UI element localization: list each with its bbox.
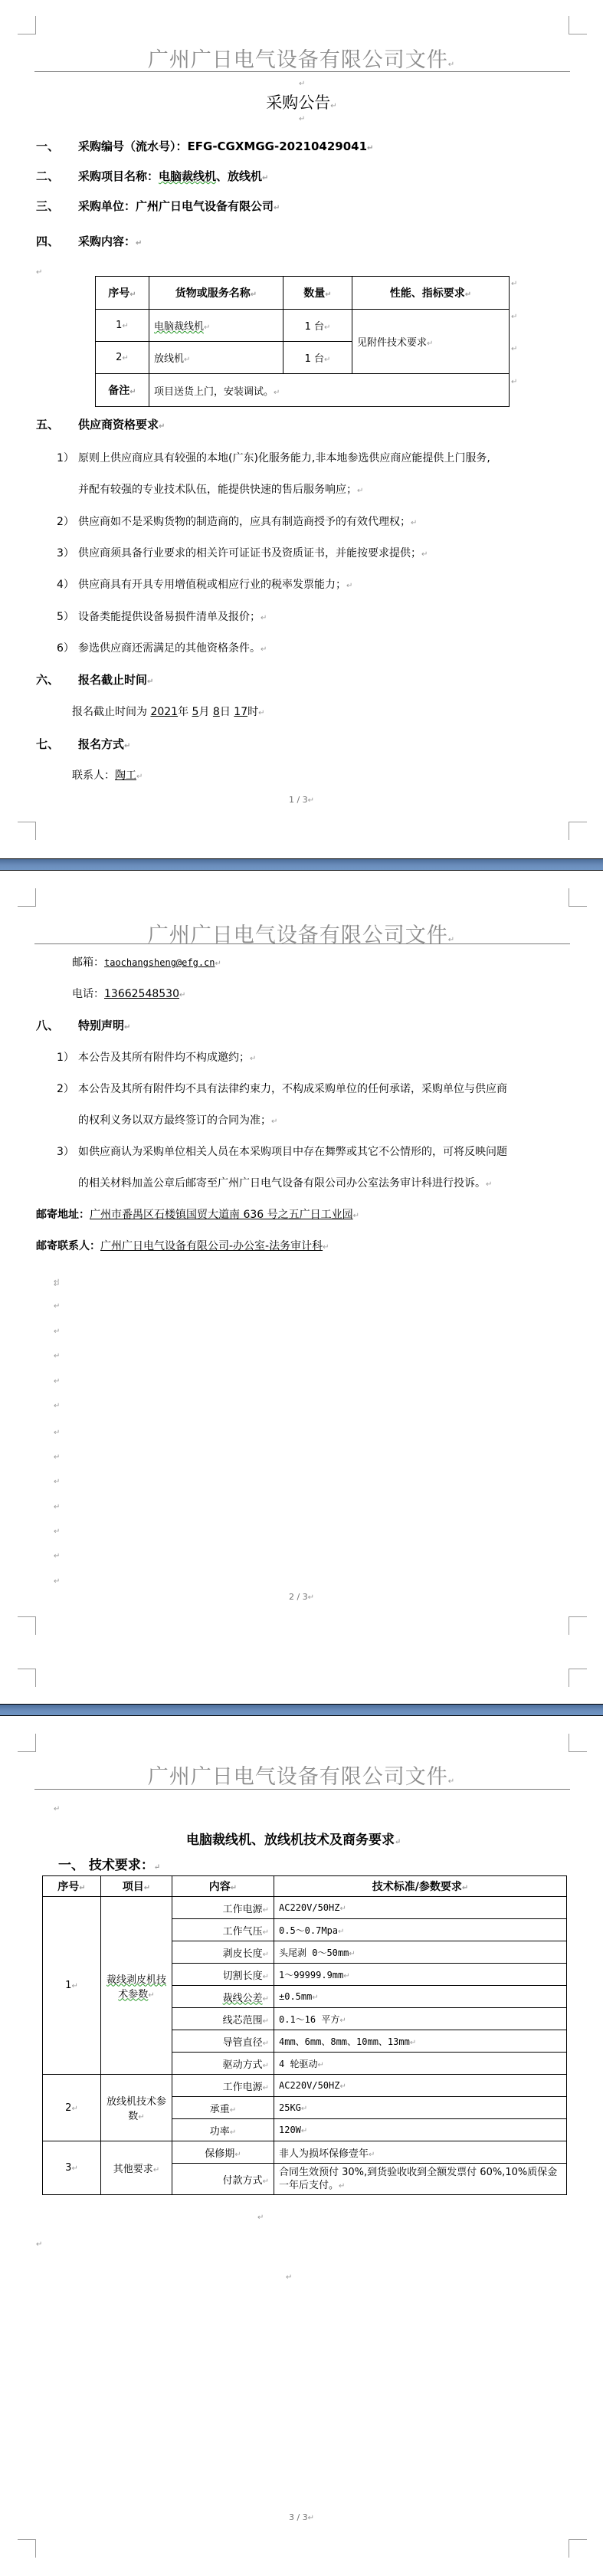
cell-no: 1↵ — [96, 310, 149, 342]
header-cell: 货物或服务名称↵ — [149, 277, 283, 310]
corner-mark-top-right — [569, 888, 587, 907]
corner-mark-top-left — [18, 888, 36, 907]
spec-value: 0.1～16 平方↵ — [274, 2008, 567, 2030]
deadline-hour: 17 — [234, 706, 247, 718]
cell-qty: 1 台↵ — [283, 342, 352, 374]
row-end-mark: ↵ — [511, 345, 517, 353]
list-item-continuation: 的相关材料加盖公章后邮寄至广州广日电气设备有限公司办公室法务审计科进行投诉。↵ — [78, 1175, 492, 1190]
group-no: 2↵ — [43, 2075, 101, 2141]
header-title: 广州广日电气设备有限公司文件↵ — [0, 43, 603, 73]
table-header-row: 序号↵ 项目↵ 内容↵ 技术标准/参数要求↵ — [43, 1876, 567, 1897]
list-number: 6） — [57, 640, 74, 655]
paragraph-mark: ↵ — [54, 1528, 60, 1536]
spec-value: 25KG↵ — [274, 2097, 567, 2119]
table-row: 1↵ 裁线剥皮机技术参数↵ 工作电源↵ AC220V/50HZ↵ — [43, 1897, 567, 1919]
remark-label: 备注↵ — [96, 374, 149, 407]
page-number: 1 / 3↵ — [0, 795, 603, 805]
list-number: 4） — [57, 576, 74, 592]
corner-mark-bottom-right — [569, 1669, 587, 1687]
page-number: 3 / 3↵ — [0, 2512, 603, 2522]
section-number: 七、 — [36, 736, 59, 752]
paragraph-mark: ↵ — [54, 1327, 60, 1336]
spec-content: 导管直径↵ — [172, 2030, 274, 2053]
header-cell: 内容↵ — [172, 1876, 274, 1897]
header-cell: 序号↵ — [96, 277, 149, 310]
procurement-id: 采购编号（流水号）：EFG-CGXMGG-20210429041↵ — [78, 138, 373, 154]
section-number: 六、 — [36, 671, 59, 687]
spec-doc-title: 电脑裁线机、放线机技术及商务要求↵ — [186, 1829, 401, 1848]
paragraph-mark: ↵ — [54, 1278, 60, 1286]
corner-mark-bottom-left — [18, 1616, 36, 1635]
section-number: 五、 — [36, 416, 59, 432]
paragraph-mark: ↵ — [54, 1805, 60, 1813]
list-item: 本公告及其所有附件均不构成邀约；↵ — [78, 1049, 256, 1065]
section-title: 特别声明↵ — [78, 1017, 130, 1033]
header-cell: 技术标准/参数要求↵ — [274, 1876, 567, 1897]
corner-mark-top-left — [18, 1734, 36, 1752]
page-separator — [0, 858, 603, 871]
list-number: 3） — [57, 1144, 74, 1159]
section-number: 四、 — [36, 233, 59, 249]
spec-content: 工作电源↵ — [172, 2075, 274, 2097]
spec-value: AC220V/50HZ↵ — [274, 2075, 567, 2097]
table-row: 2↵ 放线机技术参数↵ 工作电源↵ AC220V/50HZ↵ — [43, 2075, 567, 2097]
section-number: 三、 — [36, 198, 59, 214]
list-number: 3） — [57, 545, 74, 560]
paragraph-mark: ↵ — [54, 1552, 60, 1560]
list-item: 如供应商认为采购单位相关人员在本采购项目中存在舞弊或其它不公情形的，可将反映问题 — [78, 1144, 507, 1159]
paragraph-mark: ↵ — [54, 1377, 60, 1386]
paragraph-mark: ↵ — [36, 2240, 42, 2249]
list-item: 原则上供应商应具有较强的本地(广东)化服务能力,非本地参选供应商应能提供上门服务… — [78, 450, 490, 465]
spec-content: 线芯范围↵ — [172, 2008, 274, 2030]
header-cell: 项目↵ — [101, 1876, 172, 1897]
paragraph-mark: ↵ — [299, 80, 305, 88]
spec-value: 0.5～0.7Mpa↵ — [274, 1919, 567, 1941]
list-number: 2） — [57, 1081, 74, 1096]
corner-mark-bottom-left — [18, 2539, 36, 2558]
paragraph-mark: ↵ — [54, 1429, 60, 1437]
group-item: 其他要求↵ — [101, 2141, 172, 2195]
row-end-mark: ↵ — [511, 378, 517, 386]
list-number: 2） — [57, 514, 74, 529]
group-no: 1↵ — [43, 1897, 101, 2075]
email-link[interactable]: taochangsheng@efg.cn — [104, 957, 215, 968]
spec-value: 120W↵ — [274, 2119, 567, 2141]
spec-content: 功率↵ — [172, 2119, 274, 2141]
section-title: 报名截止时间↵ — [78, 671, 153, 687]
cell-name: 电脑裁线机↵ — [149, 310, 283, 342]
header-cell: 性能、指标要求↵ — [352, 277, 510, 310]
list-item: 供应商具有开具专用增值税或相应行业的税率发票能力；↵ — [78, 576, 352, 592]
procuring-entity: 采购单位：广州广日电气设备有限公司↵ — [78, 198, 280, 214]
header-divider — [34, 943, 570, 944]
table-row: 1↵ 电脑裁线机↵ 1 台↵ 见附件技术要求↵ — [96, 310, 510, 342]
paragraph-mark: ↵ — [54, 1453, 60, 1462]
list-number: 5） — [57, 609, 74, 624]
corner-mark-bottom-right — [569, 1616, 587, 1635]
list-item: 参选供应商还需满足的其他资格条件。↵ — [78, 640, 267, 655]
table-row: 3↵ 其他要求↵ 保修期↵ 非人为损坏保修壹年↵ — [43, 2141, 567, 2164]
paragraph-mark: ↵ — [54, 1402, 60, 1410]
deadline-year: 2021 — [150, 706, 178, 718]
spec-value: 4 轮驱动↵ — [274, 2053, 567, 2075]
row-end-mark: ↵ — [511, 280, 517, 288]
spec-content: 工作电源↵ — [172, 1897, 274, 1919]
group-item: 放线机技术参数↵ — [101, 2075, 172, 2141]
paragraph-mark: ↵ — [286, 2273, 292, 2282]
section-number: 八、 — [36, 1017, 59, 1033]
page-separator — [0, 1704, 603, 1716]
list-item: 本公告及其所有附件均不具有法律约束力，不构成采购单位的任何承诺，采购单位与供应商 — [78, 1081, 507, 1096]
remark-value: 项目送货上门，安装调试。↵ — [149, 374, 510, 407]
spec-value: 1～99999.9mm↵ — [274, 1964, 567, 1986]
section-title: 供应商资格要求↵ — [78, 416, 165, 432]
list-item: 设备类能提供设备易损件清单及报价；↵ — [78, 609, 267, 624]
contact-person: 联系人：陶工↵ — [72, 767, 143, 783]
corner-mark-bottom-right — [569, 822, 587, 840]
paragraph-mark: ↵ — [257, 2213, 264, 2222]
deadline-day: 8 — [213, 706, 220, 718]
corner-mark-top-right — [569, 1734, 587, 1752]
list-number: 1） — [57, 450, 74, 465]
section-heading: 一、 技术要求：↵ — [58, 1854, 160, 1873]
cell-no: 2↵ — [96, 342, 149, 374]
corner-mark-top-right — [569, 16, 587, 34]
corner-mark-bottom-left — [18, 1669, 36, 1687]
spec-content: 切割长度↵ — [172, 1964, 274, 1986]
section-number: 二、 — [36, 168, 59, 184]
page-number: 2 / 3↵ — [0, 1592, 603, 1602]
spec-content: 剥皮长度↵ — [172, 1941, 274, 1964]
cell-name: 放线机↵ — [149, 342, 283, 374]
spec-value: 头尾剥 0～50mm↵ — [274, 1941, 567, 1964]
list-number: 1） — [57, 1049, 74, 1065]
paragraph-mark: ↵ — [54, 1503, 60, 1511]
mail-address: 邮寄地址：广州市番禺区石楼镇国贸大道南 636 号之五广日工业园↵ — [36, 1206, 359, 1222]
corner-mark-bottom-right — [569, 2539, 587, 2558]
paragraph-mark: ↵ — [54, 1478, 60, 1486]
section-number: 一、 — [36, 138, 59, 154]
spec-table: 序号↵ 项目↵ 内容↵ 技术标准/参数要求↵ 1↵ 裁线剥皮机技术参数↵ 工作电… — [42, 1875, 567, 2195]
spec-content: 工作气压↵ — [172, 1919, 274, 1941]
group-item: 裁线剥皮机技术参数↵ — [101, 1897, 172, 2075]
list-item-continuation: 的权利义务以双方最终签订的合同为准；↵ — [78, 1112, 277, 1127]
paragraph-mark: ↵ — [54, 1577, 60, 1586]
table-header-row: 序号↵ 货物或服务名称↵ 数量↵ 性能、指标要求↵ — [96, 277, 510, 310]
table-remark-row: 备注↵ 项目送货上门，安装调试。↵ — [96, 374, 510, 407]
spec-value: 4mm、6mm、8mm、10mm、13mm↵ — [274, 2030, 567, 2053]
spec-content: 付款方式↵ — [172, 2164, 274, 2195]
deadline-text: 报名截止时间为 2021年 5月 8日 17时↵ — [72, 704, 265, 719]
email-line: 邮箱：taochangsheng@efg.cn↵ — [72, 954, 221, 970]
list-item: 供应商须具备行业要求的相关许可证证书及资质证书，并能按要求提供；↵ — [78, 545, 428, 560]
paragraph-mark: ↵ — [54, 1352, 60, 1360]
phone-line: 电话：13662548530↵ — [72, 986, 185, 1001]
group-no: 3↵ — [43, 2141, 101, 2195]
spec-value: AC220V/50HZ↵ — [274, 1897, 567, 1919]
header-cell: 序号↵ — [43, 1876, 101, 1897]
doc-title: 采购公告↵ — [0, 90, 603, 113]
spec-value: 合同生效预付 30%,到货验收收到全额发票付 60%,10%质保金一年后支付。↵ — [274, 2164, 567, 2195]
spec-content: 驱动方式↵ — [172, 2053, 274, 2075]
paragraph-mark: ↵ — [54, 1302, 60, 1311]
header-cell: 数量↵ — [283, 277, 352, 310]
mail-contact: 邮寄联系人：广州广日电气设备有限公司-办公室-法务审计科↵ — [36, 1238, 329, 1253]
procurement-content-heading: 采购内容：↵ — [78, 233, 142, 249]
header-divider — [34, 71, 570, 72]
row-end-mark: ↵ — [511, 313, 517, 321]
corner-mark-top-left — [18, 16, 36, 34]
project-name: 采购项目名称：电脑裁线机、放线机↵ — [78, 168, 268, 184]
header-title: 广州广日电气设备有限公司文件↵ — [0, 1760, 603, 1790]
spec-value: ±0.5mm↵ — [274, 1986, 567, 2008]
cell-qty: 1 台↵ — [283, 310, 352, 342]
spec-value: 非人为损坏保修壹年↵ — [274, 2141, 567, 2164]
list-item: 供应商如不是采购货物的制造商的，应具有制造商授予的有效代理权；↵ — [78, 514, 417, 529]
spec-content: 裁线公差↵ — [172, 1986, 274, 2008]
section-title: 报名方式↵ — [78, 736, 130, 752]
corner-mark-bottom-left — [18, 822, 36, 840]
list-item-continuation: 并配有较强的专业技术队伍，能提供快速的售后服务响应；↵ — [78, 481, 363, 497]
cell-spec-merged: 见附件技术要求↵ — [352, 310, 510, 374]
spec-content: 承重↵ — [172, 2097, 274, 2119]
header-divider — [34, 1789, 570, 1790]
spec-content: 保修期↵ — [172, 2141, 274, 2164]
procurement-table: 序号↵ 货物或服务名称↵ 数量↵ 性能、指标要求↵ 1↵ 电脑裁线机↵ 1 台↵… — [95, 276, 510, 407]
paragraph-mark: ↵ — [36, 268, 42, 277]
paragraph-mark: ↵ — [299, 115, 305, 123]
